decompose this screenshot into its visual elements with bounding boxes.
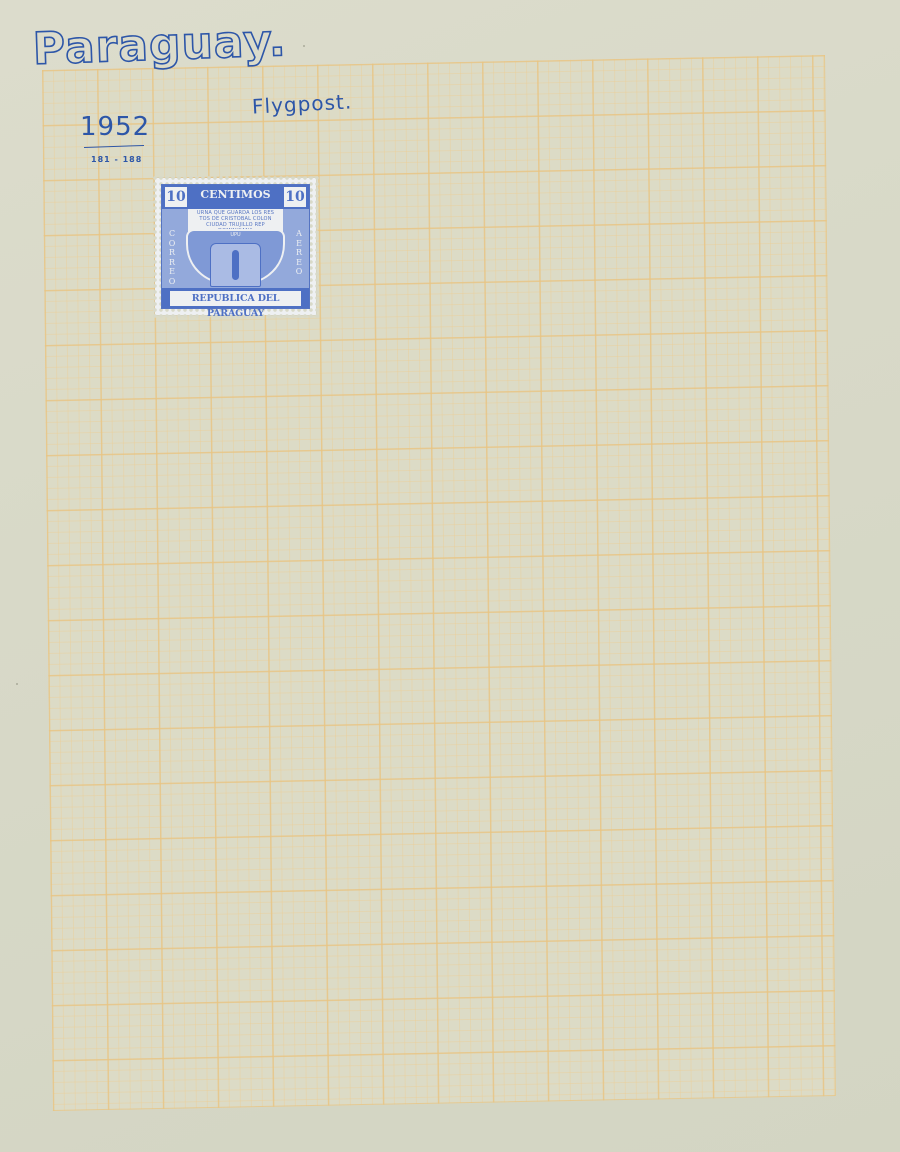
stamp-country: REPUBLICA DEL PARAGUAY [170,291,301,306]
catalog-range: 181 - 188 [91,155,142,164]
stamp-design: 10 CENTIMOS 10 URNA QUE GUARDA LOS RES T… [161,184,310,309]
stamp-urn-panel: UPU [186,229,285,284]
stamp-emblem-text: UPU [188,232,283,238]
stamp-footer: REPUBLICA DEL PARAGUAY [162,288,309,308]
stamp[interactable]: 10 CENTIMOS 10 URNA QUE GUARDA LOS RES T… [155,178,316,315]
stamp-value-right: 10 [284,187,306,207]
page-title: Paraguay. [32,15,287,75]
paper-speck [303,45,305,47]
stamp-header: 10 CENTIMOS 10 [162,185,309,209]
urn-illustration [210,243,261,287]
stamp-side-right: AEREO [292,229,306,277]
album-page: Paraguay. Flygpost. 1952 181 - 188 10 CE… [0,0,900,1152]
stamp-side-left: CORREO [165,229,179,286]
stamp-denomination: CENTIMOS [192,188,279,201]
paper-speck [16,683,18,685]
year-label: 1952 [80,112,150,142]
stamp-value-left: 10 [165,187,187,207]
